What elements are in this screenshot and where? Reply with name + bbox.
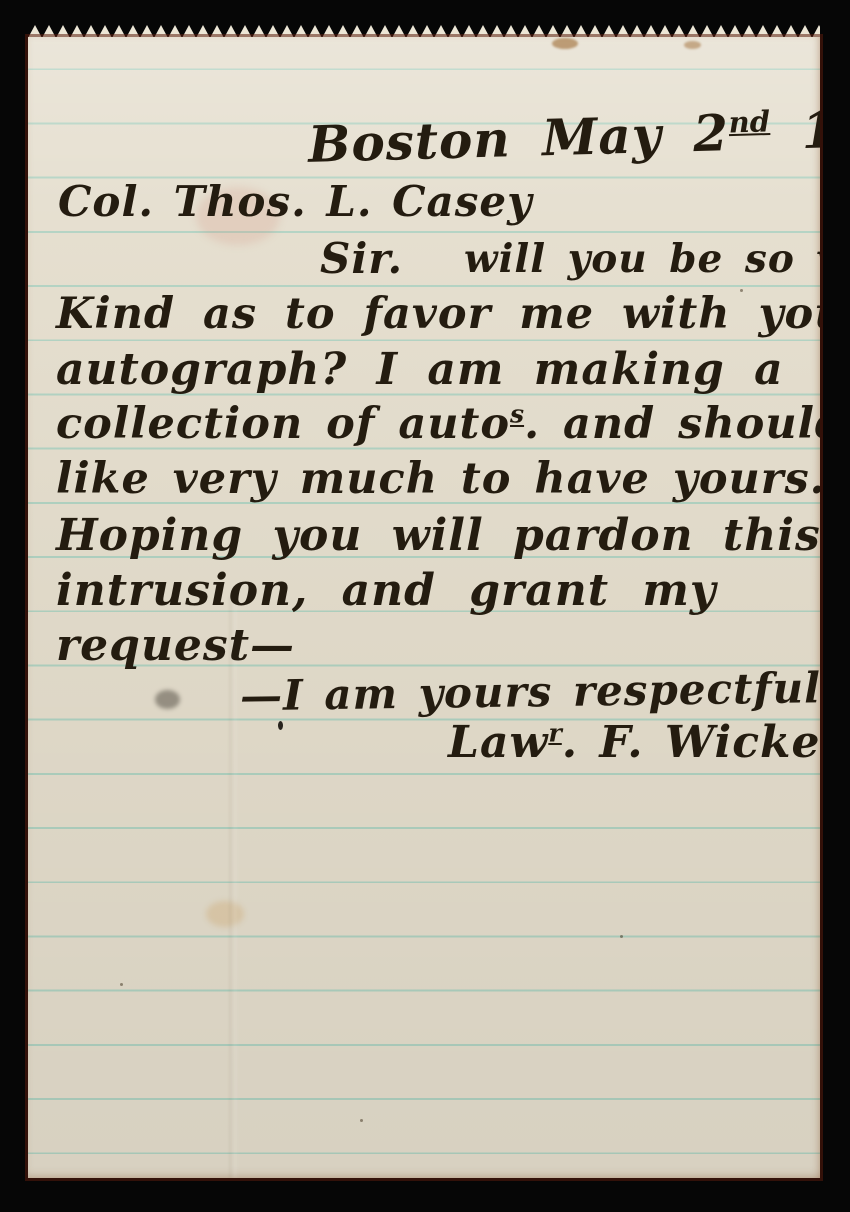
ruled-sheet: Boston May 2nd 1885 Col. Thos. L. Casey … <box>28 37 820 1178</box>
body-line-4: collection of autos. and should <box>56 400 820 449</box>
stain-fleck <box>684 41 701 49</box>
body-line-4-prefix: collection of auto <box>56 399 510 449</box>
body-line-6: Hoping you will pardon this <box>56 511 820 562</box>
signature-line: Lawr. F. Wickens <box>448 718 820 769</box>
stain-fleck <box>552 38 578 49</box>
signature-prefix: Law <box>448 717 548 768</box>
speck <box>360 1119 363 1122</box>
body-line-7: intrusion, and grant my <box>56 566 716 617</box>
recipient-line: Col. Thos. L. Casey <box>58 178 533 226</box>
closing-line: —I am yours respectfully <box>240 664 820 721</box>
letter-paper: Boston May 2nd 1885 Col. Thos. L. Casey … <box>28 25 820 1178</box>
date-prefix: Boston May 2 <box>307 103 729 174</box>
signature-suffix: . F. Wickens <box>562 717 820 768</box>
body-line-8: request— <box>56 621 295 672</box>
body-line-1: will you be so very <box>464 237 820 282</box>
body-line-4-suffix: . and should <box>524 399 820 449</box>
body-line-3: autograph? I am making a <box>56 345 784 396</box>
salutation: Sir. <box>320 235 403 283</box>
body-line-2: Kind as to favor me with your <box>56 290 820 339</box>
body-line-4-superscript: s <box>510 400 524 429</box>
speck <box>120 983 123 986</box>
signature-superscript: r <box>548 718 561 748</box>
speck <box>620 935 623 938</box>
date-year: 1885 <box>769 97 820 161</box>
ink-dot <box>278 721 283 730</box>
photo-background: Boston May 2nd 1885 Col. Thos. L. Casey … <box>0 0 850 1212</box>
ink-smudge <box>155 690 180 709</box>
date-ordinal: nd <box>728 104 770 139</box>
paper-crease <box>229 597 239 1178</box>
body-line-5: like very much to have yours. <box>56 455 820 504</box>
date-line: Boston May 2nd 1885 <box>307 98 820 173</box>
